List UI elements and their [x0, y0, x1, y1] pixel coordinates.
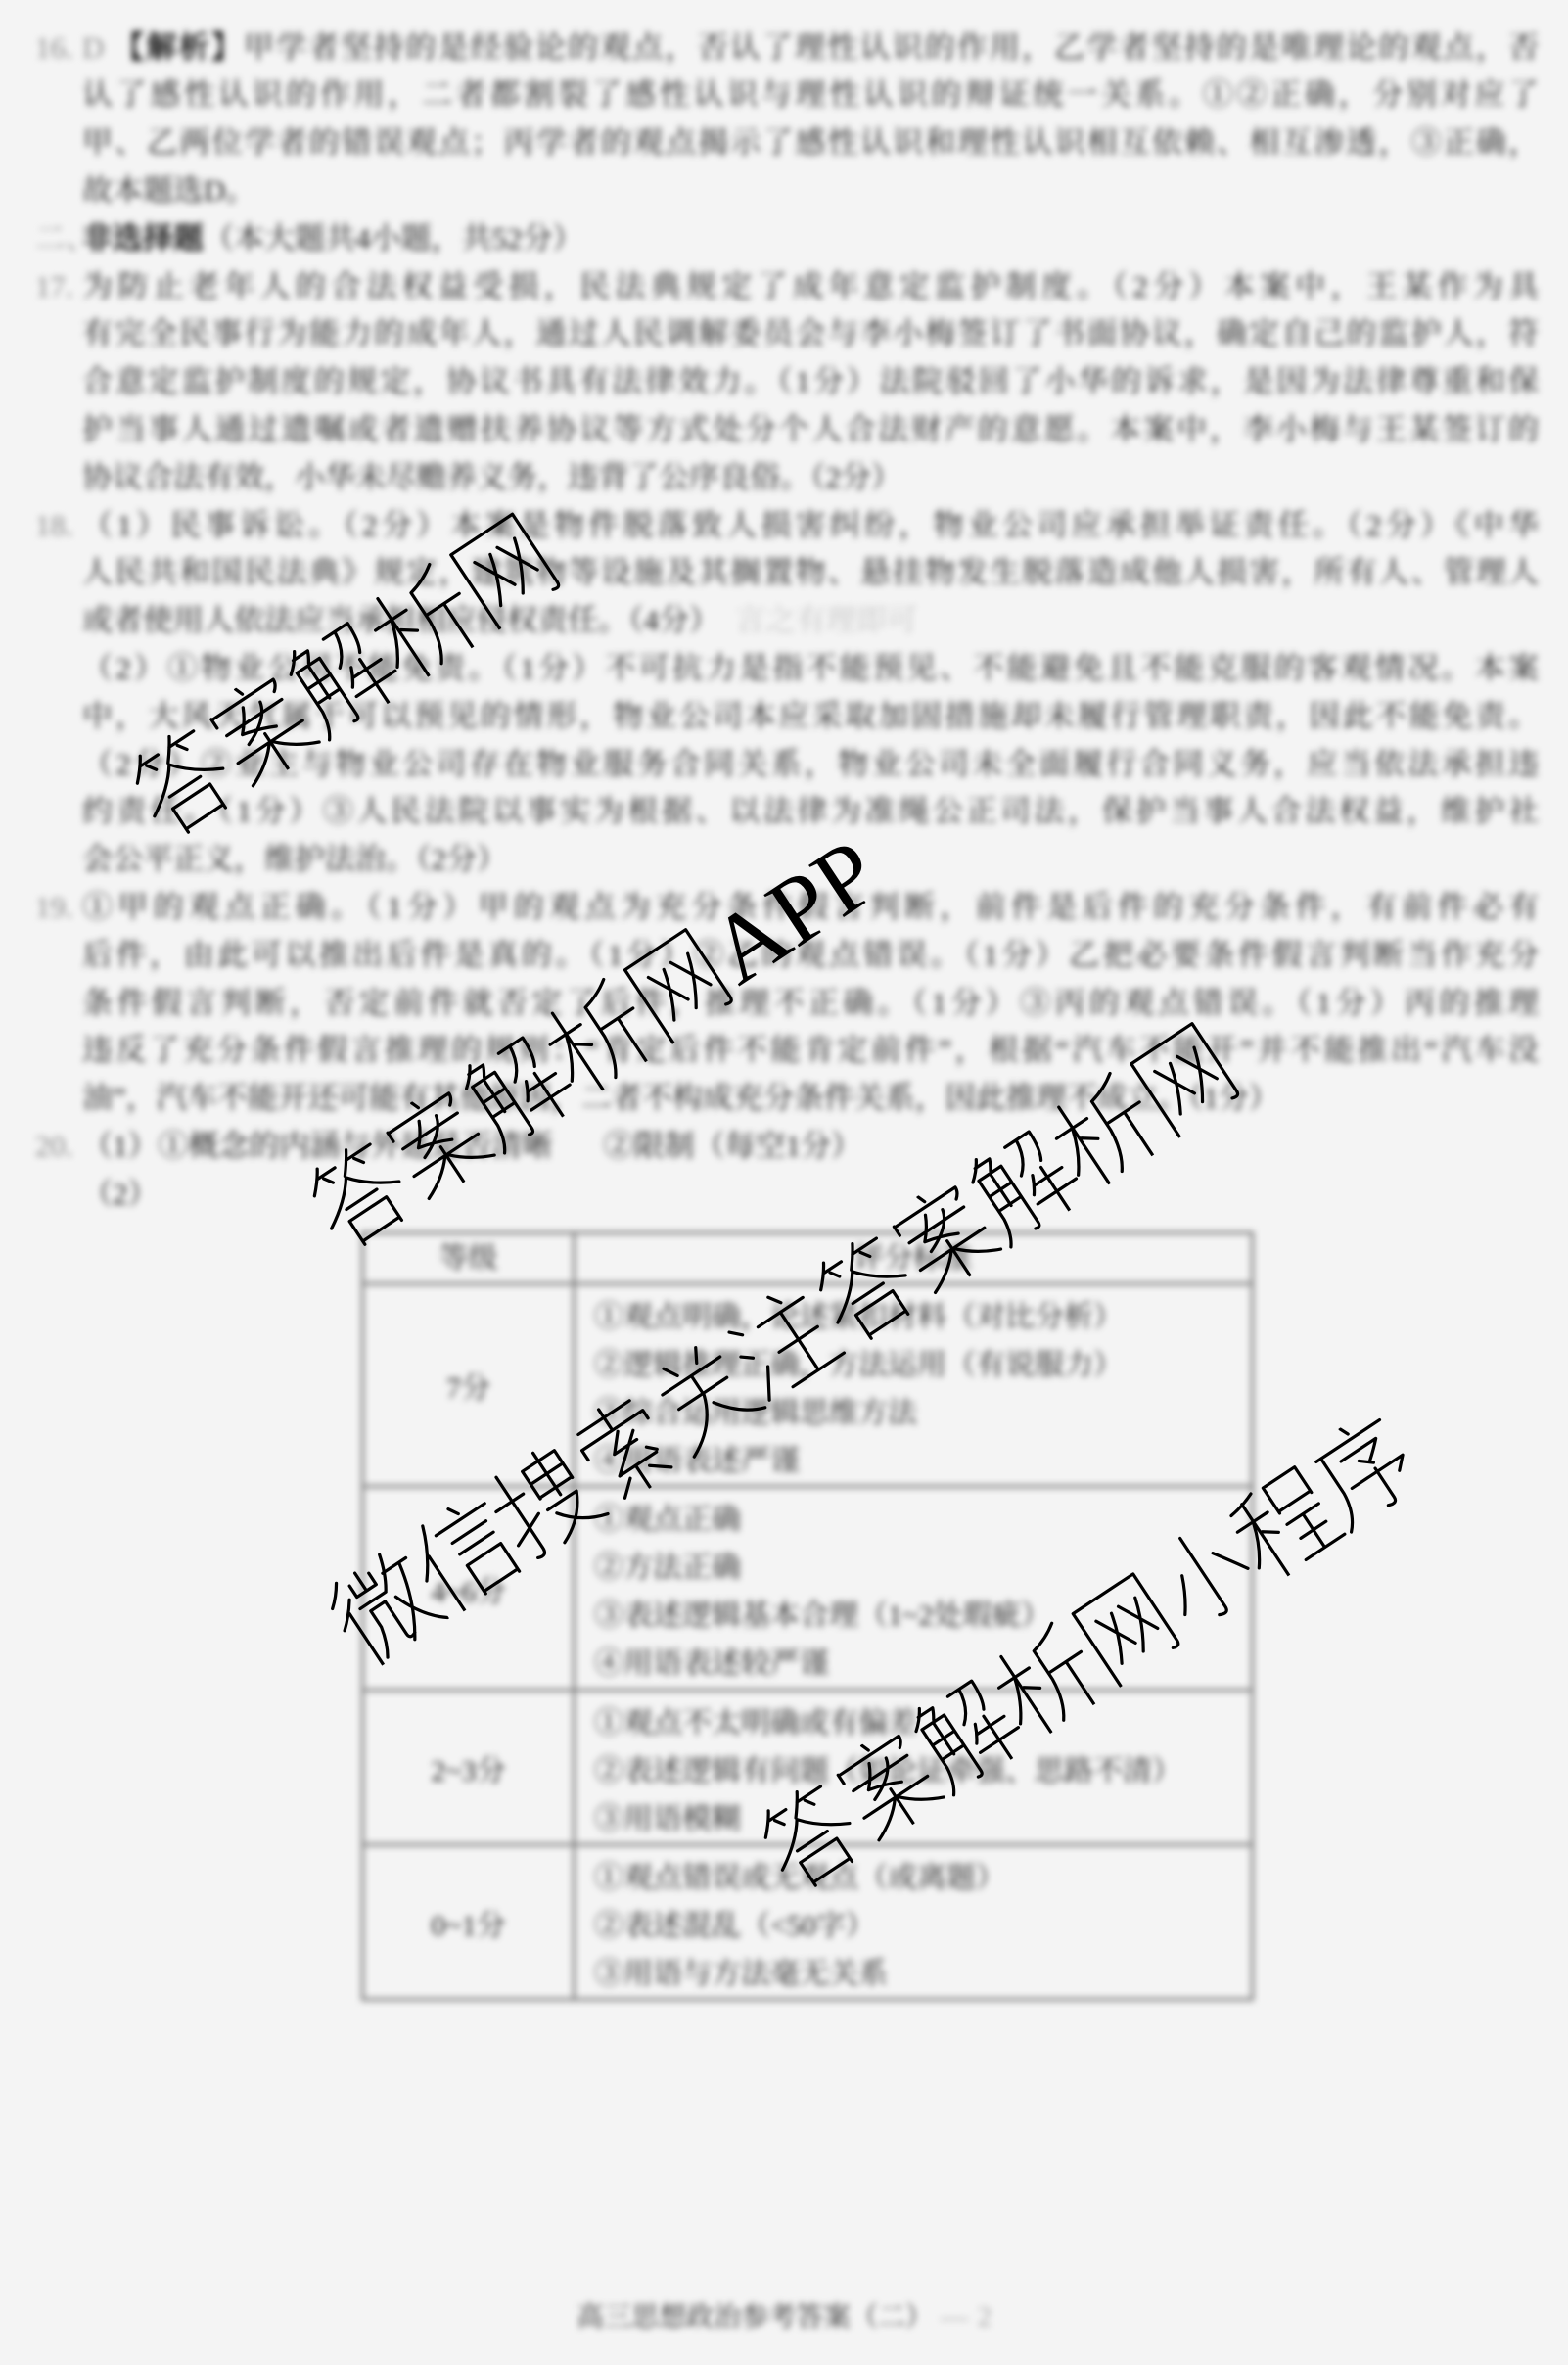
table-row: 2~3分 ①观点不太明确或有偏差 ②表述逻辑有问题（如论证牵强、思路不清） ③用…	[363, 1691, 1253, 1845]
answer-text: 为防止老年人的合法权益受损，民法典规定了成年意定监护制度。（2分）本案中，王某作…	[82, 269, 1539, 303]
question-19-line: 油”，汽车不能开还可能有其他原因，二者不构成充分条件关系，因此推理不成立。（1分…	[82, 1075, 1539, 1123]
faint-note: 言之有理即可	[735, 603, 917, 637]
footer-separator: —	[941, 2302, 968, 2333]
question-19-line: 后件，由此可以推出后件是真的。（1分）②乙的观点错误。（1分）乙把必要条件假言判…	[82, 932, 1539, 980]
question-17-line: 有完全民事行为能力的成年人，通过人民调解委员会与李小梅签订了书面协议，确定自己的…	[82, 310, 1539, 358]
question-number: 16.	[35, 24, 73, 72]
criteria-cell: ①观点错误或无观点（或离题） ②表述混乱（<50字） ③用语与方法毫无关系	[575, 1845, 1253, 2000]
question-20-line: 20.（1）①概念的内涵与外延是否清晰②限制（每空1分）	[82, 1123, 1539, 1171]
criteria-line: ②表述逻辑有问题（如论证牵强、思路不清）	[594, 1747, 1251, 1795]
criteria-line: ①观点明确，论述紧扣材料（对比分析）	[594, 1293, 1251, 1341]
criteria-line: ③用语与方法毫无关系	[594, 1950, 1251, 1998]
criteria-line: ①观点正确	[594, 1496, 1251, 1544]
question-18-line: 或者使用人依法应当承担相应侵权责任。（4分）言之有理即可	[82, 597, 1539, 645]
score-cell: 0~1分	[363, 1845, 575, 2000]
criteria-line: ④用语表述严谨	[594, 1437, 1251, 1485]
question-20-part2-label: （2）	[82, 1171, 1539, 1219]
answer-text: （1）①概念的内涵与外延是否清晰	[82, 1129, 553, 1163]
question-17-line: 17.为防止老年人的合法权益受损，民法典规定了成年意定监护制度。（2分）本案中，…	[82, 263, 1539, 311]
criteria-line: ③综合运用逻辑思维方法	[594, 1389, 1251, 1437]
score-cell: 7分	[363, 1284, 575, 1487]
question-17-line: 护当事人通过遗嘱或者遗赠扶养协议等方式处分个人合法财产的意愿。本案中，李小梅与王…	[82, 406, 1539, 454]
question-16-line: 甲、乙两位学者的错误观点；丙学者的观点揭示了感性认识和理性认识相互依赖、相互渗透…	[82, 119, 1539, 167]
criteria-line: ②方法正确	[594, 1544, 1251, 1592]
section-title: 非选择题	[82, 221, 204, 255]
table-row: 7分 ①观点明确，论述紧扣材料（对比分析） ②逻辑推理正确，方法运用（有说服力）…	[363, 1284, 1253, 1487]
section-index: 二、	[35, 215, 96, 263]
criteria-line: ②逻辑推理正确，方法运用（有说服力）	[594, 1341, 1251, 1389]
section-heading: 二、非选择题（本大题共4小题，共52分）	[82, 215, 1539, 263]
question-18-line: 人民共和国民法典》规定，建筑物等设施及其搁置物、悬挂物发生脱落造成他人损害，所有…	[82, 549, 1539, 597]
criteria-line: ③表述逻辑基本合理（1~2处瑕疵）	[594, 1592, 1251, 1640]
scoring-rubric-table: 等级 评分标准 7分 ①观点明确，论述紧扣材料（对比分析） ②逻辑推理正确，方法…	[361, 1231, 1254, 2001]
answer-text: 或者使用人依法应当承担相应侵权责任。（4分）	[82, 603, 719, 637]
question-19-line: 违反了充分条件假言推理的规则：“肯定后件不能肯定前件”，根据“汽车不能开”并不能…	[82, 1027, 1539, 1075]
answer-text: ①甲的观点正确。（1分）甲的观点为充分条件假言判断，前件是后件的充分条件，有前件…	[82, 890, 1539, 924]
question-number: 20.	[35, 1123, 73, 1171]
page-footer: 高三思想政治参考答案（二）—2	[0, 2300, 1568, 2336]
criteria-line: ①观点错误或无观点（或离题）	[594, 1854, 1251, 1902]
question-18-line: 约责任。（1分）③人民法院以事实为根据、以法律为准绳公正司法，保护当事人合法权益…	[82, 788, 1539, 836]
question-19-line: 19.①甲的观点正确。（1分）甲的观点为充分条件假言判断，前件是后件的充分条件，…	[82, 884, 1539, 932]
criteria-line: ③用语模糊	[594, 1795, 1251, 1843]
footer-title: 高三思想政治参考答案（二）	[576, 2302, 933, 2333]
question-18-line: 会公平正义，维护法治。（2分）	[82, 836, 1539, 884]
page-number: 2	[978, 2302, 992, 2333]
criteria-line: ②表述混乱（<50字）	[594, 1902, 1251, 1950]
question-number: 19.	[35, 884, 73, 932]
score-cell: 2~3分	[363, 1691, 575, 1845]
question-16-line: 认了感性认识的作用，二者都割裂了感性认识与理性认识的辩证统一关系。①②正确，分别…	[82, 71, 1539, 119]
answer-choice: D	[82, 30, 104, 65]
question-18-line: （2）①物业公司不能免责。（1分）不可抗力是指不能预见、不能避免且不能克服的客观…	[82, 645, 1539, 693]
question-18-line: 18.（1）民事诉讼。（2分）本案是物件脱落致人损害纠纷，物业公司应承担举证责任…	[82, 502, 1539, 550]
question-17-line: 协议合法有效，小华未尽赡养义务，违背了公序良俗。（2分）	[82, 454, 1539, 502]
column-header-criteria: 评分标准	[575, 1233, 1253, 1284]
section-note: （本大题共4小题，共52分）	[204, 221, 583, 255]
table-header-row: 等级 评分标准	[363, 1233, 1253, 1284]
table-row: 4~6分 ①观点正确 ②方法正确 ③表述逻辑基本合理（1~2处瑕疵） ④用语表述…	[363, 1487, 1253, 1691]
question-19-line: 条件假言判断，否定前件就否定了后件，推理不正确。（1分）③丙的观点错误。（1分）…	[82, 980, 1539, 1028]
answer-key-page: 16.D 【解析】甲学者坚持的是经验论的观点，否认了理性认识的作用，乙学者坚持的…	[0, 0, 1568, 2365]
question-18-line: 中，大风天气属于可以预见的情形，物业公司本应采取加固措施却未履行管理职责，因此不…	[82, 693, 1539, 741]
score-cell: 4~6分	[363, 1487, 575, 1691]
question-16-line: 16.D 【解析】甲学者坚持的是经验论的观点，否认了理性认识的作用，乙学者坚持的…	[82, 24, 1539, 72]
question-17-line: 合意定监护制度的规定，协议书具有法律效力。（1分）法院驳回了小华的诉求，是因为法…	[82, 358, 1539, 406]
table-row: 0~1分 ①观点错误或无观点（或离题） ②表述混乱（<50字） ③用语与方法毫无…	[363, 1845, 1253, 2000]
answer-text-body: 16.D 【解析】甲学者坚持的是经验论的观点，否认了理性认识的作用，乙学者坚持的…	[82, 24, 1539, 1219]
column-header-level: 等级	[363, 1233, 575, 1284]
criteria-line: ④用语表述较严谨	[594, 1640, 1251, 1688]
criteria-cell: ①观点明确，论述紧扣材料（对比分析） ②逻辑推理正确，方法运用（有说服力） ③综…	[575, 1284, 1253, 1487]
answer-text: ②限制（每空1分）	[604, 1129, 862, 1163]
criteria-cell: ①观点正确 ②方法正确 ③表述逻辑基本合理（1~2处瑕疵） ④用语表述较严谨	[575, 1487, 1253, 1691]
criteria-cell: ①观点不太明确或有偏差 ②表述逻辑有问题（如论证牵强、思路不清） ③用语模糊	[575, 1691, 1253, 1845]
question-number: 18.	[35, 502, 73, 550]
analysis-tag: 【解析】	[114, 30, 244, 65]
question-16-line: 故本题选D。	[82, 167, 1539, 215]
criteria-line: ①观点不太明确或有偏差	[594, 1699, 1251, 1747]
answer-text: 甲学者坚持的是经验论的观点，否认了理性认识的作用，乙学者坚持的是唯理论的观点，否	[244, 30, 1539, 65]
question-number: 17.	[35, 263, 73, 311]
answer-text: （1）民事诉讼。（2分）本案是物件脱落致人损害纠纷，物业公司应承担举证责任。（2…	[82, 508, 1539, 542]
document-content: 16.D 【解析】甲学者坚持的是经验论的观点，否认了理性认识的作用，乙学者坚持的…	[0, 0, 1568, 2365]
question-18-line: （2分）②业主与物业公司存在物业服务合同关系，物业公司未全面履行合同义务，应当依…	[82, 741, 1539, 789]
